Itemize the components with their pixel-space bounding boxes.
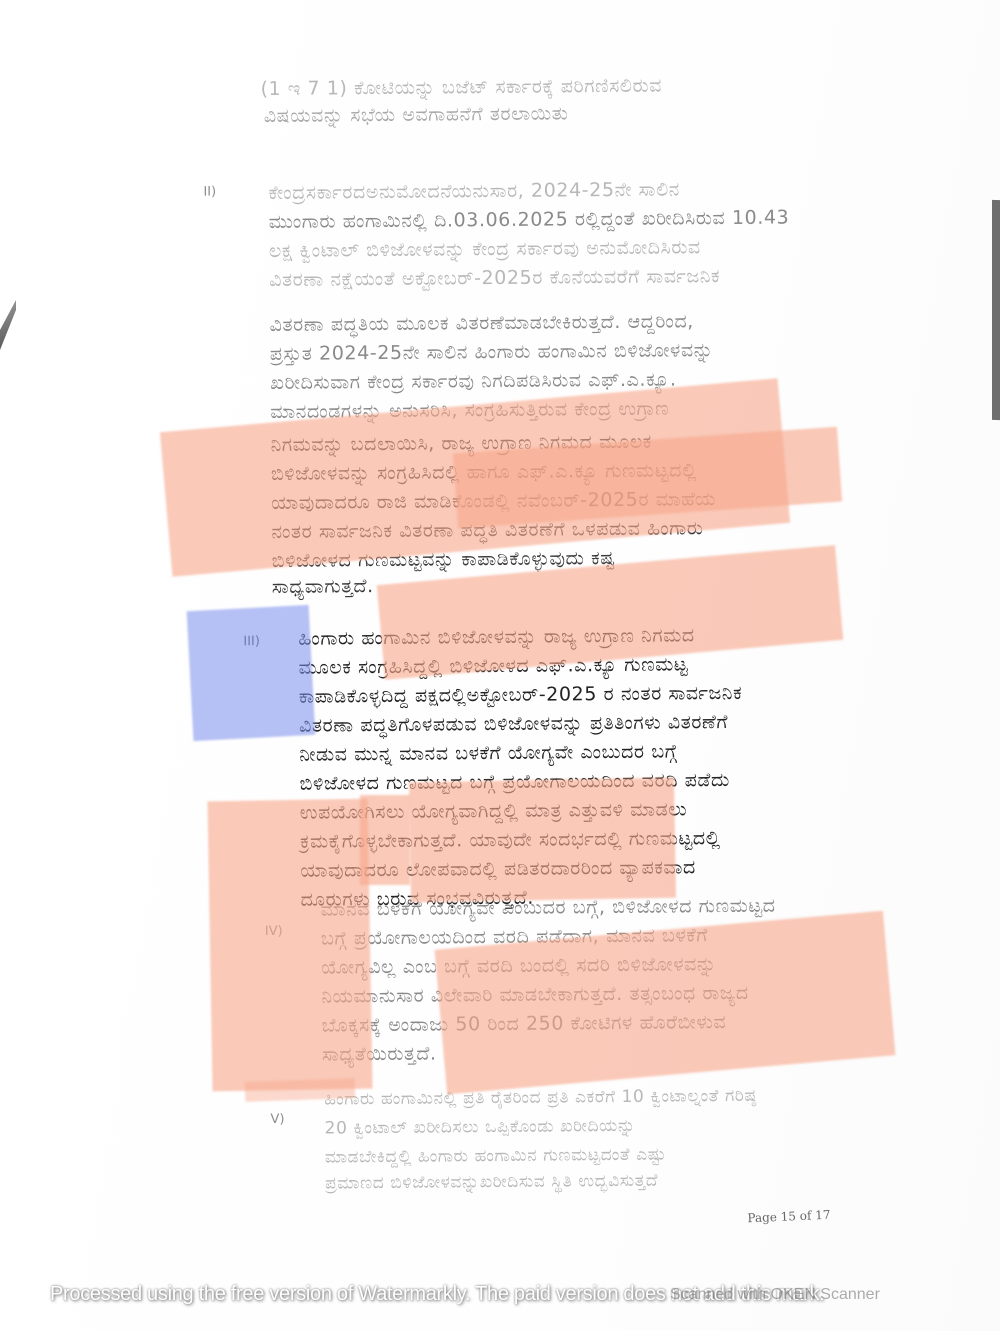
scanner-stamp: Scanned with OKEN Scanner — [670, 1286, 880, 1304]
section-ii-line: ಬಿಳಿಜೋಳದ ಗುಣಮಟ್ಟವನ್ನು ಕಾಪಾಡಿಕೊಳ್ಳುವುದು ಕ… — [272, 547, 616, 572]
section-ii-line: ಮಾನದಂಡಗಳನ್ನು ಅನುಸರಿಸಿ, ಸಂಗ್ರಹಿಸುತ್ತಿರುವ … — [270, 398, 669, 423]
section-ii-line: ನಂತರ ಸಾರ್ವಜನಿಕ ವಿತರಣಾ ಪದ್ಧತಿ ವಿತರಣೆಗೆ ಒಳ… — [271, 517, 703, 543]
section-iii-line: ಹಿಂಗಾರು ಹಂಗಾಮಿನ ಬಿಳಿಜೋಳವನ್ನು ರಾಜ್ಯ ಉಗ್ರಾ… — [298, 624, 695, 649]
section-iii-line: ಉಪಯೋಗಿಸಲು ಯೋಗ್ಯವಾಗಿದ್ದಲ್ಲಿ ಮಾತ್ರ ಎತ್ತುವಳ… — [300, 798, 688, 823]
section-iv-line: ಸಾಧ್ಯತೆಯಿರುತ್ತದೆ. — [322, 1043, 437, 1066]
section-v-line: ಮಾಡಬೇಕಿದ್ದಲ್ಲಿ ಹಿಂಗಾರು ಹಂಗಾಮಿನ ಗುಣಮಟ್ಟದಂ… — [325, 1145, 667, 1168]
section-v: ಹಿಂಗಾರು ಹಂಗಾಮಿನಲ್ಲಿ ಪ್ರತಿ ರೈತರಿಂದ ಪ್ರತಿ … — [0, 0, 995, 4]
section-ii-line: ವಿತರಣಾ ನಕ್ಷೆಯಂತೆ ಅಕ್ಟೋಬರ್-2025ರ ಕೊನೆಯವರೆ… — [269, 265, 720, 291]
section-ii-line: ವಿತರಣಾ ಪದ್ಧತಿಯ ಮೂಲಕ ವಿತರಣೆಮಾಡಬೇಕಿರುತ್ತದೆ… — [269, 310, 694, 336]
section-ii: ಕೇಂದ್ರಸರ್ಕಾರದಅನುಮೋದನೆಯನುಸಾರ, 2024-25ನೇ ಸ… — [0, 0, 995, 4]
document-sheet: (1 ಇ 7 1) ಕೋಟಿಯನ್ನು ಬಜೆಟ್ ಸರ್ಕಾರಕ್ಕೆ ಪರಿ… — [0, 0, 1000, 1331]
section-iii: ಹಿಂಗಾರು ಹಂಗಾಮಿನ ಬಿಳಿಜೋಳವನ್ನು ರಾಜ್ಯ ಉಗ್ರಾ… — [0, 0, 995, 4]
section-ii-line: ನಿಗಮವನ್ನು ಬದಲಾಯಿಸಿ, ರಾಜ್ಯ ಉಗ್ರಾಣ ನಿಗಮದ ಮ… — [271, 431, 652, 456]
section-v-line: 20 ಕ್ವಿಂಟಾಲ್ ಖರೀದಿಸಲು ಒಪ್ಪಿಕೊಂಡು ಖರೀದಿಯನ… — [325, 1116, 636, 1139]
section-ii-line: ಖರೀದಿಸುವಾಗ ಕೇಂದ್ರ ಸರ್ಕಾರವು ನಿಗದಿಪಡಿಸಿರುವ… — [270, 368, 677, 394]
top-fragment-line-1: (1 ಇ 7 1) ಕೋಟಿಯನ್ನು ಬಜೆಟ್ ಸರ್ಕಾರಕ್ಕೆ ಪರಿ… — [260, 75, 662, 101]
top-fragment-line-2: ವಿಷಯವನ್ನು ಸಭೆಯ ಅವಗಾಹನೆಗೆ ತರಲಾಯಿತು — [264, 102, 569, 127]
section-ii-line: ಕೇಂದ್ರಸರ್ಕಾರದಅನುಮೋದನೆಯನುಸಾರ, 2024-25ನೇ ಸ… — [268, 178, 680, 204]
section-iii-line: ವಿತರಣಾ ಪದ್ಧತಿಗೊಳಪಡುವ ಬಿಳಿಜೋಳವನ್ನು ಪ್ರತಿತ… — [299, 711, 728, 737]
section-iv-line: ಮಾನವ ಬಳಕೆಗೆ ಯೋಗ್ಯವೇ ಎಂಬುದರ ಬಗ್ಗೆ, ಬಿಳಿಜೋ… — [321, 895, 776, 921]
section-ii-line: ಬಿಳಿಜೋಳವನ್ನು ಸಂಗ್ರಹಿಸಿದಲ್ಲಿ ಹಾಗೂ ಎಫ್.ಎ.ಕ… — [271, 459, 697, 485]
section-ii-line: ಪ್ರಸ್ತುತ 2024-25ನೇ ಸಾಲಿನ ಹಿಂಗಾರು ಹಂಗಾಮಿನ… — [270, 339, 714, 365]
section-iii-line: ಕ್ರಮಕೈಗೊಳ್ಳಬೇಕಾಗುತ್ತದೆ. ಯಾವುದೇ ಸಂದರ್ಭದಲ್… — [300, 827, 721, 853]
section-v-line: ಪ್ರಮಾಣದ ಬಿಳಿಜೋಳವನ್ನುಖರೀದಿಸುವ ಸ್ಥಿತಿ ಉದ್ಭ… — [325, 1171, 658, 1194]
section-ii-line: ಯಾವುದಾದರೂ ರಾಜಿ ಮಾಡಿಕೊಂಡಲ್ಲಿ ನವೆಂಬರ್-2025… — [271, 488, 716, 514]
section-number-v: V) — [270, 1112, 284, 1127]
section-iv: ಮಾನವ ಬಳಕೆಗೆ ಯೋಗ್ಯವೇ ಎಂಬುದರ ಬಗ್ಗೆ, ಬಿಳಿಜೋ… — [0, 0, 995, 4]
section-iv-line: ಬೊಕ್ಕಸಕ್ಕೆ ಅಂದಾಜು 50 ರಿಂದ 250 ಕೋಟಿಗಳ ಹೊರ… — [322, 1011, 727, 1037]
section-number-iii: III) — [243, 634, 260, 649]
section-iv-line: ಯೋಗ್ಯವಿಲ್ಲ ಎಂಬ ಬಗ್ಗೆ ವರದಿ ಬಂದಲ್ಲಿ ಸದರಿ ಬ… — [321, 953, 717, 978]
section-ii-line: ಮುಂಗಾರು ಹಂಗಾಮಿನಲ್ಲಿ ದಿ.03.06.2025 ರಲ್ಲಿದ… — [269, 206, 790, 233]
section-number-iv: IV) — [265, 924, 283, 939]
section-ii-line: ಸಾಧ್ಯವಾಗುತ್ತದೆ. — [272, 575, 374, 598]
section-iv-line: ಬಗ್ಗೆ ಪ್ರಯೋಗಾಲಯದಿಂದ ವರದಿ ಪಡೆದಾಗ, ಮಾನವ ಬಳ… — [321, 924, 708, 949]
section-iii-line: ಯಾವುದಾದರೂ ಲೋಪವಾದಲ್ಲಿ ಪಡಿತರದಾರರಿಂದ ವ್ಯಾಪಕ… — [300, 856, 696, 881]
section-iii-line: ಮೂಲಕ ಸಂಗ್ರಹಿಸಿದ್ದಲ್ಲಿ ಬಿಳಿಜೋಳದ ಎಫ್.ಎ.ಕ್ಯ… — [298, 653, 688, 678]
section-iv-line: ನಿಯಮಾನುಸಾರ ವಿಲೇವಾರಿ ಮಾಡಬೇಕಾಗುತ್ತದೆ. ತತ್ಸ… — [321, 982, 748, 1008]
page-number: Page 15 of 17 — [747, 1208, 831, 1226]
scanned-document-page: (1 ಇ 7 1) ಕೋಟಿಯನ್ನು ಬಜೆಟ್ ಸರ್ಕಾರಕ್ಕೆ ಪರಿ… — [0, 0, 1000, 1331]
section-number-ii: II) — [203, 184, 216, 199]
section-iii-line: ಬಿಳಿಜೋಳದ ಗುಣಮಟ್ಟದ ಬಗ್ಗೆ ಪ್ರಯೋಗಾಲಯದಿಂದ ವರ… — [299, 769, 729, 795]
section-iii-line: ನೀಡುವ ಮುನ್ನ ಮಾನವ ಬಳಕೆಗೆ ಯೋಗ್ಯವೇ ಎಂಬುದರ ಬ… — [299, 740, 677, 765]
section-iii-line: ಕಾಪಾಡಿಕೊಳ್ಳದಿದ್ದ ಪಕ್ಷದಲ್ಲಿಅಕ್ಟೋಬರ್-2025 … — [299, 682, 743, 708]
section-ii-line: ಲಕ್ಷ ಕ್ವಿಂಟಾಲ್ ಬಿಳಿಜೋಳವನ್ನು ಕೇಂದ್ರ ಸರ್ಕಾ… — [269, 236, 701, 262]
section-v-line: ಹಿಂಗಾರು ಹಂಗಾಮಿನಲ್ಲಿ ಪ್ರತಿ ರೈತರಿಂದ ಪ್ರತಿ … — [324, 1086, 756, 1110]
